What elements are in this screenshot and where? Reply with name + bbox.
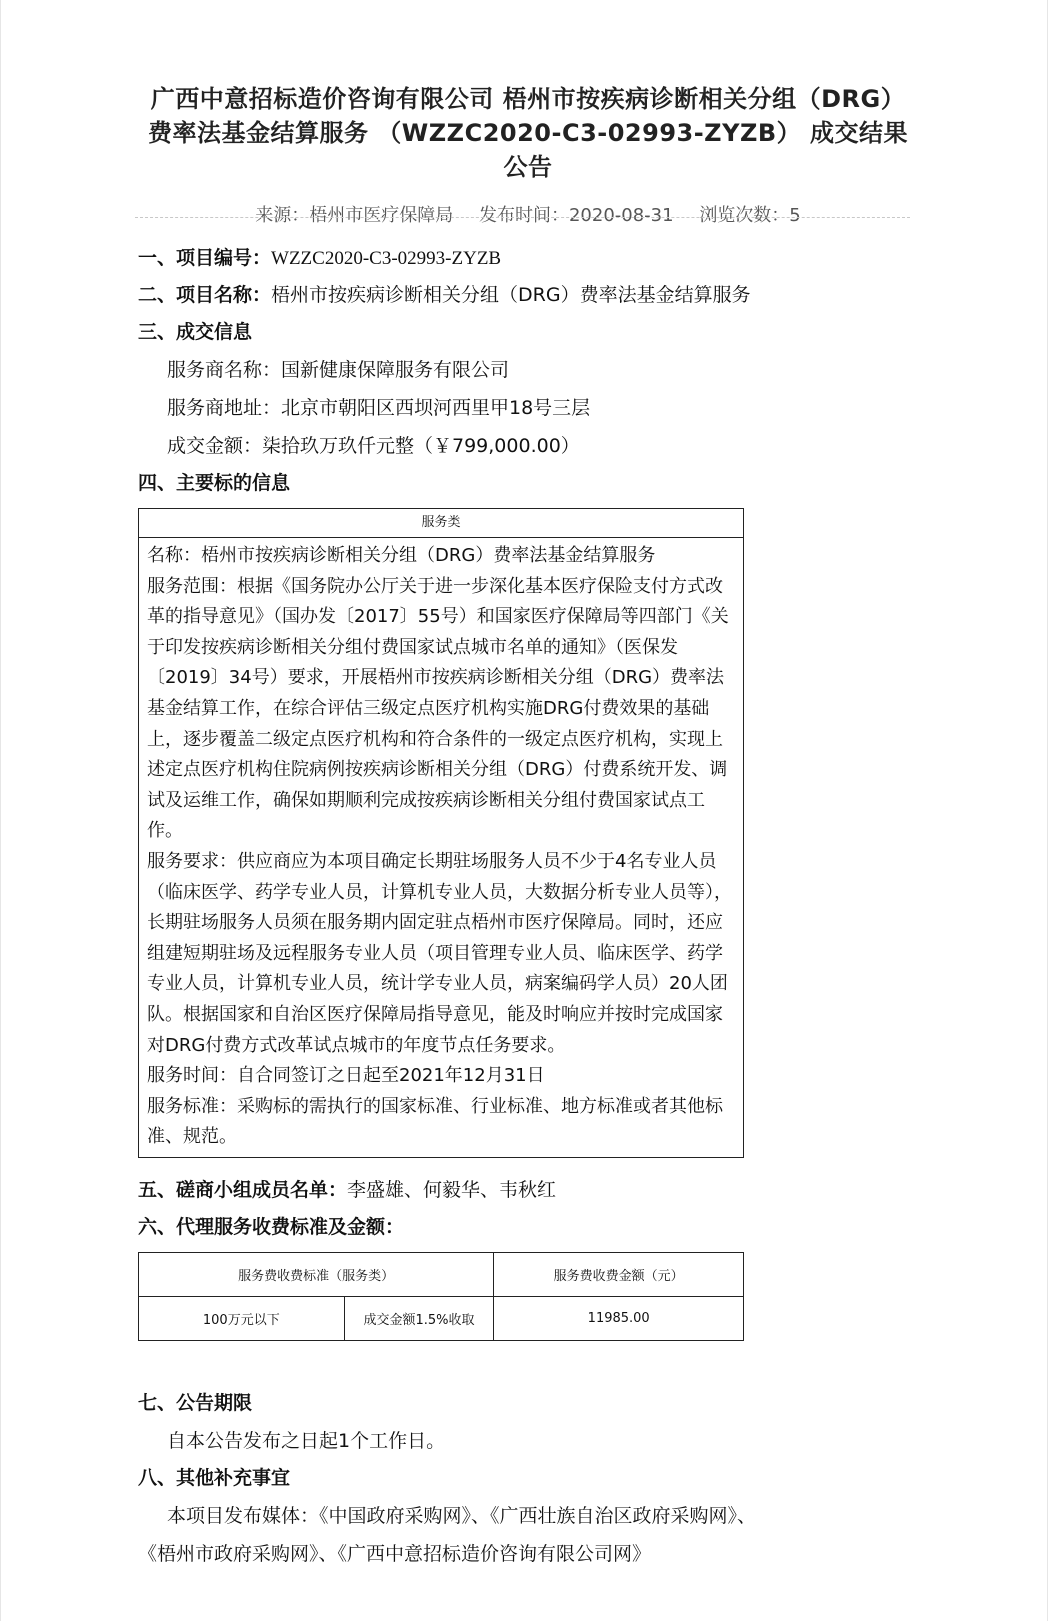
deal-amount: 成交金额：柒拾玖万玖仟元整（￥799,000.00） [138, 427, 898, 465]
section-project-number: 一、项目编号：WZZC2020-C3-02993-ZYZB [138, 240, 898, 277]
meta-info: 来源：梧州市医疗保障局 发布时间：2020-08-31 浏览次数：5 [138, 204, 918, 228]
subject-table-header: 服务类 [139, 509, 743, 538]
fee-amount-cell: 11985.00 [494, 1296, 744, 1340]
section-main-subject: 四、主要标的信息 [138, 465, 898, 502]
section-notice-period: 七、公告期限 [138, 1385, 898, 1422]
section-label: 四、主要标的信息 [138, 472, 290, 494]
panel-members: 李盛雄、何毅华、韦秋红 [347, 1179, 556, 1201]
title-line-1: 广西中意招标造价咨询有限公司 梧州市按疾病诊断相关分组（DRG） [138, 82, 918, 116]
project-number: WZZC2020-C3-02993-ZYZB [271, 248, 501, 269]
service-standard: 服务标准：采购标的需执行的国家标准、行业标准、地方标准或者其他标准、规范。 [147, 1092, 735, 1153]
fee-range-cell: 100万元以下 [139, 1296, 345, 1340]
subject-table-body: 名称：梧州市按疾病诊断相关分组（DRG）费率法基金结算服务 服务范围：根据《国务… [139, 538, 743, 1157]
section-panel-members: 五、磋商小组成员名单：李盛雄、何毅华、韦秋红 [138, 1172, 898, 1209]
service-requirements: 服务要求：供应商应为本项目确定长期驻场服务人员不少于4名专业人员（临床医学、药学… [147, 847, 735, 1061]
section-project-name: 二、项目名称：梧州市按疾病诊断相关分组（DRG）费率法基金结算服务 [138, 277, 898, 314]
section-label: 七、公告期限 [138, 1392, 252, 1414]
notice-period: 自本公告发布之日起1个工作日。 [138, 1422, 898, 1460]
service-scope: 服务范围：根据《国务院办公厅关于进一步深化基本医疗保险支付方式改革的指导意见》（… [147, 572, 735, 847]
section-other-matters: 八、其他补充事宜 [138, 1460, 898, 1497]
page-title: 广西中意招标造价咨询有限公司 梧州市按疾病诊断相关分组（DRG） 费率法基金结算… [138, 82, 918, 184]
section-label: 一、项目编号： [138, 247, 271, 269]
project-name: 梧州市按疾病诊断相关分组（DRG）费率法基金结算服务 [271, 284, 751, 306]
section-label: 六、代理服务收费标准及金额： [138, 1216, 404, 1238]
service-time: 服务时间：自合同签订之日起至2021年12月31日 [147, 1061, 735, 1092]
section-label: 五、磋商小组成员名单： [138, 1179, 347, 1201]
table-row: 100万元以下 成交金额1.5%收取 11985.00 [139, 1296, 744, 1340]
provider-name: 服务商名称：国新健康保障服务有限公司 [138, 351, 898, 389]
subject-name: 名称：梧州市按疾病诊断相关分组（DRG）费率法基金结算服务 [147, 541, 735, 572]
view-count: 浏览次数：5 [699, 205, 800, 226]
section-label: 三、成交信息 [138, 321, 252, 343]
publish-media-continued: 《梧州市政府采购网》、《广西中意招标造价咨询有限公司网》 [138, 1535, 898, 1573]
provider-address: 服务商地址：北京市朝阳区西坝河西里甲18号三层 [138, 389, 898, 427]
announcement-body: 一、项目编号：WZZC2020-C3-02993-ZYZB 二、项目名称：梧州市… [138, 240, 898, 1573]
section-deal-info: 三、成交信息 [138, 314, 898, 351]
fee-standard-header: 服务费收费标准（服务类） [139, 1252, 494, 1296]
fee-rate-cell: 成交金额1.5%收取 [344, 1296, 494, 1340]
source-label: 来源：梧州市医疗保障局 [255, 205, 453, 226]
section-label: 二、项目名称： [138, 284, 271, 306]
publish-time: 发布时间：2020-08-31 [479, 205, 674, 226]
fee-amount-header: 服务费收费金额（元） [494, 1252, 744, 1296]
dashed-divider [135, 217, 910, 218]
announcement-header: 广西中意招标造价咨询有限公司 梧州市按疾病诊断相关分组（DRG） 费率法基金结算… [138, 82, 918, 228]
publish-media: 本项目发布媒体：《中国政府采购网》、《广西壮族自治区政府采购网》、 [138, 1497, 898, 1535]
agency-fee-table: 服务费收费标准（服务类） 服务费收费金额（元） 100万元以下 成交金额1.5%… [138, 1252, 744, 1341]
title-line-2: 费率法基金结算服务 （WZZC2020-C3-02993-ZYZB） 成交结果公… [138, 116, 918, 184]
section-agency-fee: 六、代理服务收费标准及金额： [138, 1209, 898, 1246]
section-label: 八、其他补充事宜 [138, 1467, 290, 1489]
spacer [138, 1341, 898, 1385]
fee-table-header-row: 服务费收费标准（服务类） 服务费收费金额（元） [139, 1252, 744, 1296]
subject-info-table: 服务类 名称：梧州市按疾病诊断相关分组（DRG）费率法基金结算服务 服务范围：根… [138, 508, 744, 1158]
